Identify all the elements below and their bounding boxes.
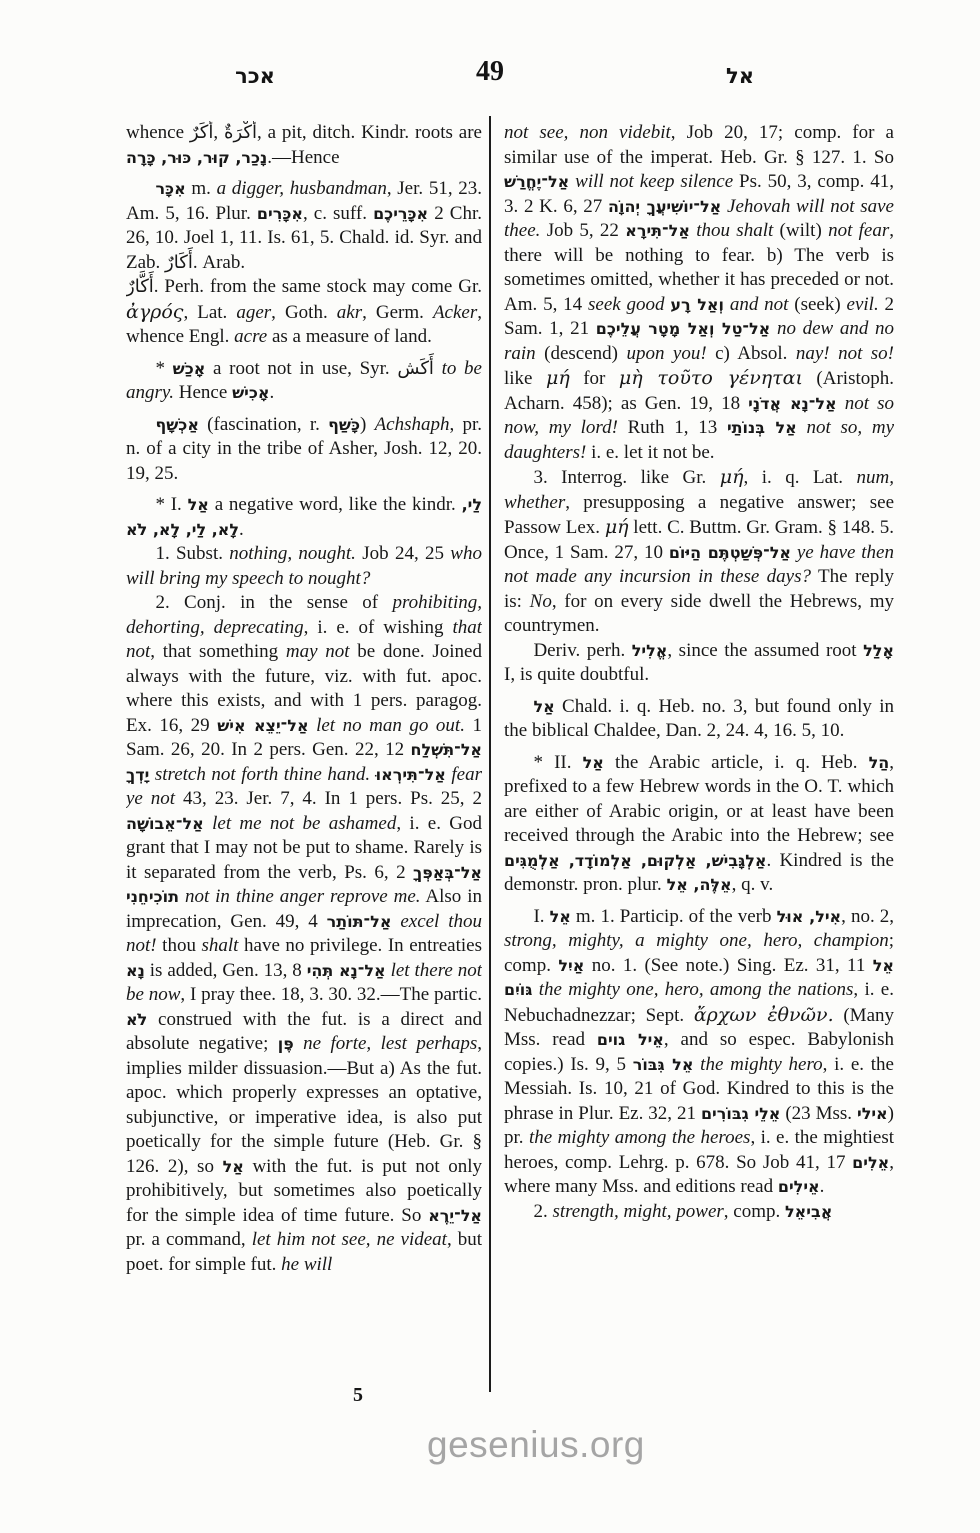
hebrew-text: וְאַל רָע — [670, 295, 724, 314]
paragraph: אַכְשָׁף (fascination, r. כָּשַׁף) Achsh… — [126, 413, 482, 487]
greek-text: μή — [720, 466, 744, 488]
text-run: , comp. — [724, 1201, 785, 1222]
text-run: . — [270, 382, 275, 403]
paragraph: whence أُكَرٌ, أُكْرَةٌ, a pit, ditch. K… — [126, 121, 482, 170]
paragraph: אִכָּר m. a digger, husbandman, Jer. 51,… — [126, 177, 482, 275]
hebrew-text: אַל־יֵצֵא אִישׁ — [217, 716, 308, 735]
hebrew-text: אַכְשָׁף — [155, 415, 199, 434]
text-run: , Germ. — [362, 302, 433, 323]
text-run: * II. — [533, 752, 582, 773]
italic-text: he will — [281, 1254, 332, 1275]
paragraph: 2. strength, might, power, comp. אֲבִיאֵ… — [504, 1200, 894, 1225]
arabic-text: أَكَارٌ — [165, 252, 193, 273]
text-run: ) — [360, 414, 375, 435]
italic-text: the mighty among the heroes — [529, 1127, 750, 1148]
text-run: 1. Subst. — [155, 543, 229, 564]
arabic-text: أُكَرٌ — [190, 122, 214, 143]
text-run: thou — [157, 935, 202, 956]
running-head-right-catchword: אל — [680, 64, 800, 88]
text-run: 2. Conj. in the sense of — [155, 592, 392, 613]
hebrew-text: אֵלֶּה, אֵל — [667, 875, 732, 894]
text-run: , that something — [150, 641, 286, 662]
hebrew-text: אַל־נָא אֲדֹנָי — [748, 394, 837, 413]
hebrew-text: אַל־טַל וְאַל מָטָר עֲלֵיכֶם — [596, 319, 771, 338]
hebrew-text: אַל — [223, 1157, 244, 1176]
text-run: m. — [186, 178, 217, 199]
text-run: , Lat. — [183, 302, 236, 323]
hebrew-text: נָא — [126, 961, 145, 980]
paragraph: * II. אַל the Arabic article, i. q. Heb.… — [504, 751, 894, 898]
text-run: no. 1. (See note.) Sing. Ez. 31, 11 — [584, 955, 872, 976]
italic-text: the mighty hero — [700, 1054, 822, 1075]
text-run: 43, 23. Jer. 7, 4. In 1 pers. Ps. 25, 2 — [175, 788, 482, 809]
hebrew-text: נָכַר, קוּר, כּוּר, כָּרָה — [126, 148, 267, 167]
hebrew-text: אֵילִים — [778, 1177, 820, 1196]
text-run: is added, Gen. 13, 8 — [145, 960, 307, 981]
text-run: have no privilege. In entreaties — [238, 935, 482, 956]
paragraph: أَكَّارٌ. Perh. from the same stock may … — [126, 275, 482, 350]
text-run — [770, 318, 777, 339]
text-run: c) Absol. — [707, 343, 796, 364]
text-run: , for on every side dwell the Hebrews, m… — [504, 591, 894, 637]
hebrew-text: אַל־נָא תְּהִי — [307, 961, 386, 980]
text-run: I. — [533, 906, 549, 927]
italic-text: ager — [236, 302, 271, 323]
hebrew-text: אֵלִים — [852, 1153, 889, 1172]
italic-text: let no man go out. — [316, 715, 465, 736]
italic-text: acre — [234, 326, 267, 347]
text-run: (seek) — [788, 294, 846, 315]
text-run: (fascination, r. — [199, 414, 328, 435]
text-run: as a measure of land. — [267, 326, 432, 347]
paragraph: אַל Chald. i. q. Heb. no. 3, but found o… — [504, 695, 894, 744]
hebrew-text: אַלְגָּבִישׁ, אַלְקוּם, אַלְמוֹדָד, אַלְ… — [504, 851, 767, 870]
right-text-column: not see, non videbit, Job 20, 17; comp. … — [504, 121, 894, 1397]
text-run: * — [155, 358, 172, 379]
left-text-column: whence أُكَرٌ, أُكْرَةٌ, a pit, ditch. K… — [126, 121, 482, 1387]
running-head-left-catchword: אכר — [195, 64, 315, 88]
text-run: a root not in use, Syr. — [205, 358, 397, 379]
hebrew-text: אִכָּרֵיכֶם — [373, 204, 428, 223]
hebrew-text: אִכָּר — [155, 179, 185, 198]
hebrew-text: אָכִישׁ — [232, 383, 269, 402]
hebrew-text: אילי — [857, 1104, 888, 1123]
text-run: , Goth. — [271, 302, 337, 323]
italic-text: nay! not so! — [796, 343, 894, 364]
text-run: , i. q. Lat. — [744, 467, 857, 488]
signature-mark: 5 — [338, 1384, 378, 1407]
lexicon-scanned-page: אכר 49 אל whence أُكَرٌ, أُكْرَةٌ, a pit… — [0, 0, 980, 1533]
text-run: 2. — [533, 1201, 552, 1222]
text-run: Job 5, 22 — [540, 220, 625, 241]
arabic-text: أَكَّارٌ — [126, 276, 154, 297]
text-run: , c. suff. — [303, 203, 373, 224]
hebrew-text: כָּשַׁף — [328, 415, 360, 434]
text-run: Chald. i. q. Heb. no. 3, but found only … — [504, 696, 894, 742]
text-run: , i. e. of wishing — [304, 617, 453, 638]
italic-text: ne forte, lest perhaps — [303, 1033, 477, 1054]
text-run: a negative word, like the kindr. — [209, 494, 462, 515]
italic-text: strong, mighty, a mighty one, hero, cham… — [504, 930, 889, 951]
hebrew-text: אַל־אֵבוֹשָׁה — [126, 814, 204, 833]
hebrew-text: אַל־פְּשַׁטְתֶּם הַיּוֹם — [669, 543, 791, 562]
text-run: Deriv. perh. — [533, 640, 631, 661]
paragraph: I. אֵל m. 1. Particip. of the verb אִיל,… — [504, 905, 894, 1200]
page-number: 49 — [455, 56, 525, 88]
text-run: Job 24, 25 — [356, 543, 450, 564]
paragraph: * אָכַשׁ a root not in use, Syr. أَكَش t… — [126, 357, 482, 406]
hebrew-text: אָכַשׁ — [173, 359, 206, 378]
text-run — [309, 715, 317, 736]
text-run — [837, 393, 845, 414]
hebrew-text: אֵלֵי גִבּוֹרִים — [701, 1104, 780, 1123]
text-run — [294, 1033, 303, 1054]
text-run: i. e. let it not be. — [586, 442, 714, 463]
italic-text: evil. — [847, 294, 879, 315]
italic-text: Achshaph — [375, 414, 450, 435]
text-run — [797, 417, 807, 438]
paragraph: 1. Subst. nothing, nought. Job 24, 25 wh… — [126, 542, 482, 591]
italic-text: may not — [286, 641, 350, 662]
hebrew-text: אַל־יֶחֱרַשׁ — [504, 172, 569, 191]
greek-text: ἄρχων ἐθνῶν. — [694, 1004, 834, 1026]
hebrew-text: אָלַל — [863, 641, 894, 660]
italic-text: stretch not forth thine hand. — [155, 764, 370, 785]
text-run: , I pray thee. 18, 3. 30. 32.—The partic… — [180, 984, 482, 1005]
text-run: . Arab. — [193, 252, 245, 273]
italic-text: thou shalt — [696, 220, 773, 241]
text-run: , since the assumed root — [667, 640, 863, 661]
hebrew-text: אַל־יוֹשִׁיעֲךָ יְהוָֹה — [608, 197, 721, 216]
italic-text: akr — [337, 302, 362, 323]
hebrew-text: אֲבִיאֵל — [785, 1202, 832, 1221]
hebrew-text: אִיל, אוּל — [777, 907, 842, 926]
hebrew-text: אַל־תִּירְאוּ — [376, 765, 446, 784]
italic-text: let me not be ashamed — [212, 813, 396, 834]
text-run — [391, 911, 400, 932]
italic-text: shalt — [202, 935, 239, 956]
text-run: , no. 2, — [841, 906, 894, 927]
text-run: m. 1. Particip. of the verb — [571, 906, 777, 927]
hebrew-text: אִכָּרִים — [257, 204, 303, 223]
paragraph: not see, non videbit, Job 20, 17; comp. … — [504, 121, 894, 465]
greek-text: μή — [546, 367, 570, 389]
hebrew-text: אַל־יֵרֶא — [428, 1206, 482, 1225]
text-run: Ruth 1, 13 — [618, 417, 727, 438]
arabic-text: أُكْرَةٌ — [224, 122, 257, 143]
italic-text: will not keep silence — [575, 171, 733, 192]
greek-text: μὴ τοῦτο γένηται — [619, 367, 803, 389]
hebrew-text: אֵל גִּבּוֹר — [633, 1055, 694, 1074]
text-run: (descend) — [536, 343, 627, 364]
text-run: * I. — [155, 494, 187, 515]
text-run: (wilt) — [773, 220, 828, 241]
hebrew-text: אַל — [533, 697, 554, 716]
text-run: , q. v. — [732, 874, 774, 895]
hebrew-text: לֹא — [126, 1010, 147, 1029]
text-run: , — [213, 122, 224, 143]
hebrew-text: אַל־תּוֹתַר — [327, 912, 392, 931]
text-run: . Perh. from the same stock may come Gr. — [154, 276, 482, 297]
paragraph: Deriv. perh. אֱלִיל, since the assumed r… — [504, 639, 894, 688]
hebrew-text: הַל — [869, 753, 890, 772]
text-run: .—Hence — [267, 147, 339, 168]
hebrew-text: אַיִל — [558, 956, 584, 975]
text-run: for — [570, 368, 619, 389]
italic-text: strength, might, power — [552, 1201, 723, 1222]
text-run: like — [504, 368, 546, 389]
arabic-text: أَكَش — [397, 358, 434, 379]
text-run: Hence — [174, 382, 232, 403]
watermark: gesenius.org — [427, 1424, 645, 1466]
italic-text: not fear — [828, 220, 889, 241]
greek-text: μή — [605, 516, 629, 538]
paragraph: 2. Conj. in the sense of prohibiting, de… — [126, 591, 482, 1277]
hebrew-text: אַל — [188, 495, 209, 514]
hebrew-text: אֵל — [550, 907, 571, 926]
greek-text: ἀγρός — [126, 301, 183, 323]
text-run: I, is quite doubtful. — [504, 664, 649, 685]
italic-text: not in thine anger reprove me. — [185, 886, 421, 907]
italic-text: a digger, husbandman — [217, 178, 387, 199]
paragraph: 3. Interrog. like Gr. μή, i. q. Lat. num… — [504, 465, 894, 639]
paragraph: * I. אַל a negative word, like the kindr… — [126, 493, 482, 542]
text-run: , a pit, ditch. Kindr. roots are — [257, 122, 482, 143]
italic-text: the mighty one, hero, among the nations — [539, 979, 854, 1000]
italic-text: nothing, nought. — [229, 543, 356, 564]
hebrew-text: אֵיל גוים — [597, 1030, 664, 1049]
italic-text: upon you! — [626, 343, 706, 364]
hebrew-text: אֱלִיל — [632, 641, 668, 660]
hebrew-text: אַל בְּנוֹתַי — [727, 418, 797, 437]
text-run: . — [239, 519, 244, 540]
italic-text: Acker — [433, 302, 477, 323]
italic-text: let him not see, ne videat — [252, 1229, 447, 1250]
italic-text: seek good — [588, 294, 665, 315]
hebrew-text: אַל — [583, 753, 604, 772]
hebrew-text: אַל־תִּירָא — [625, 221, 690, 240]
text-run — [434, 358, 442, 379]
text-run: 3. Interrog. like Gr. — [533, 467, 719, 488]
hebrew-text: פֶּן — [278, 1034, 294, 1053]
column-divider-rule — [489, 116, 491, 1392]
text-run: the Arabic article, i. q. Heb. — [604, 752, 869, 773]
text-run — [204, 813, 212, 834]
text-run: (23 Mss. — [780, 1103, 857, 1124]
italic-text: No — [530, 591, 552, 612]
text-run: whence — [126, 122, 190, 143]
italic-text: and not — [730, 294, 789, 315]
text-run: . — [820, 1176, 825, 1197]
italic-text: not see, non videbit — [504, 122, 671, 143]
text-run: pr. a command, — [126, 1229, 252, 1250]
